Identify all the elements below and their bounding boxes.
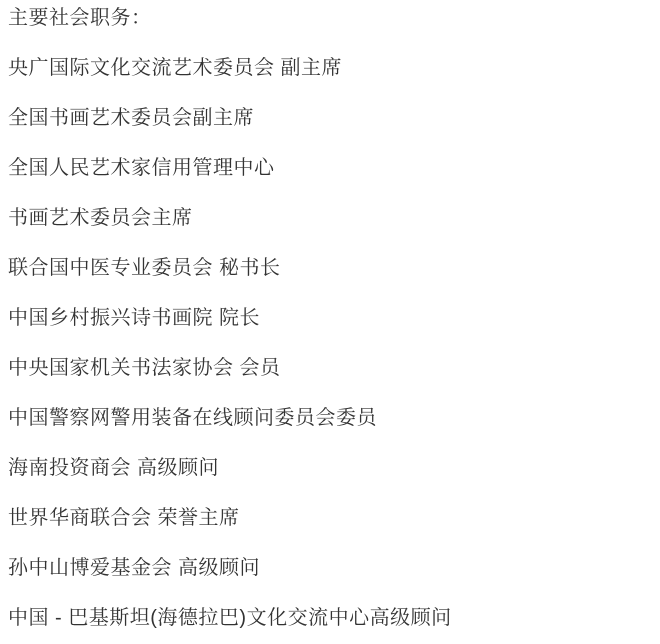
position-entry: 中国乡村振兴诗书画院 院长 — [8, 307, 650, 329]
position-entry: 孙中山博爱基金会 高级顾问 — [8, 557, 650, 579]
position-entry: 世界华商联合会 荣誉主席 — [8, 507, 650, 529]
position-entry: 中央国家机关书法家协会 会员 — [8, 357, 650, 379]
position-entry: 全国书画艺术委员会副主席 — [8, 107, 650, 129]
position-entry: 央广国际文化交流艺术委员会 副主席 — [8, 57, 650, 79]
position-entry: 中国 - 巴基斯坦(海德拉巴)文化交流中心高级顾问 — [8, 607, 650, 629]
position-entry: 中国警察网警用装备在线顾问委员会委员 — [8, 407, 650, 429]
section-heading: 主要社会职务： — [8, 7, 650, 29]
position-entry: 全国人民艺术家信用管理中心 — [8, 157, 650, 179]
position-entry: 书画艺术委员会主席 — [8, 207, 650, 229]
position-entry: 联合国中医专业委员会 秘书长 — [8, 257, 650, 279]
article-body: 主要社会职务： 央广国际文化交流艺术委员会 副主席 全国书画艺术委员会副主席 全… — [0, 0, 660, 629]
position-entry: 海南投资商会 高级顾问 — [8, 457, 650, 479]
